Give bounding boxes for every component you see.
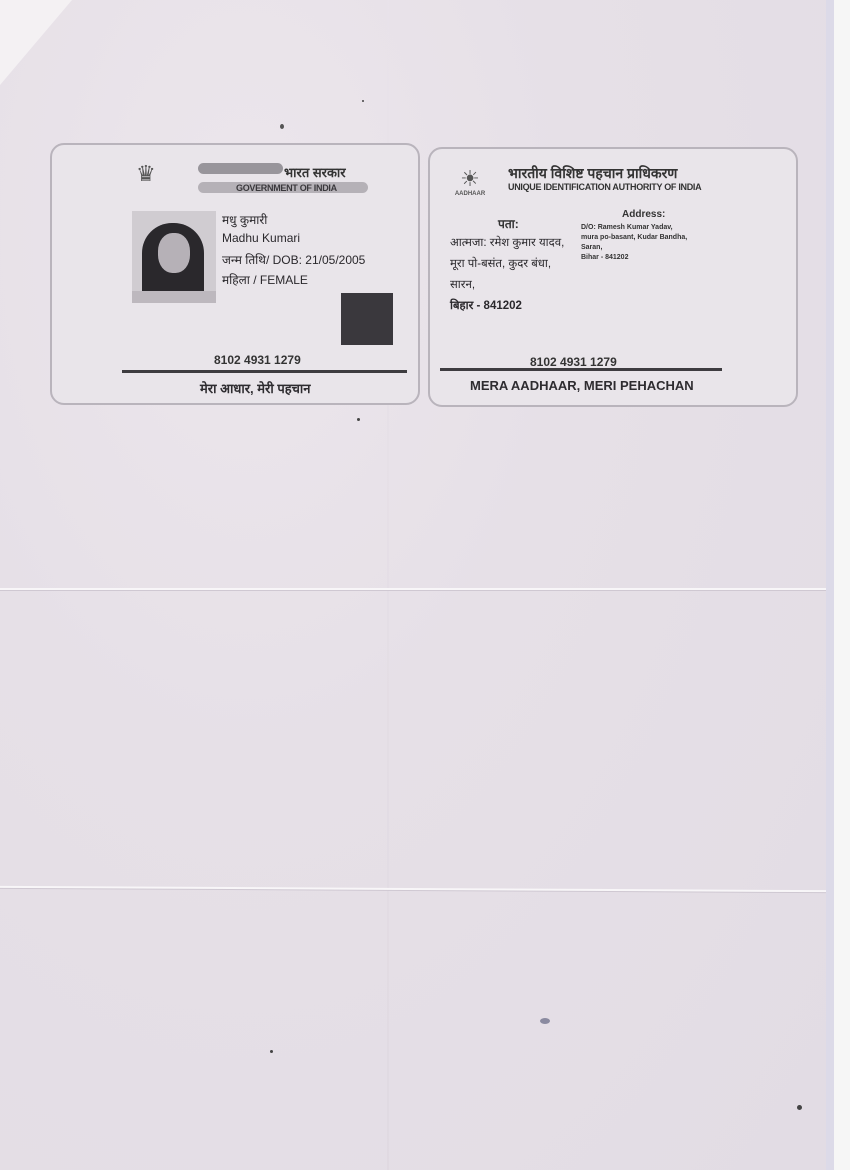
aadhaar-number: 8102 4931 1279	[214, 353, 301, 367]
address-english: D/O: Ramesh Kumar Yadav, mura po-basant,…	[581, 223, 687, 263]
name-english: Madhu Kumari	[222, 231, 300, 245]
page-edge	[826, 0, 834, 1170]
ink-speck	[280, 124, 284, 129]
tagline: MERA AADHAAR, MERI PEHACHAN	[470, 378, 694, 393]
aadhaar-card-back: ☀ AADHAAR भारतीय विशिष्ट पहचान प्राधिकरण…	[428, 147, 798, 407]
aadhaar-card-front: ♛ भारत सरकार GOVERNMENT OF INDIA मधु कुम…	[50, 143, 420, 405]
ink-speck	[270, 1050, 273, 1053]
header-hindi: भारत सरकार	[284, 163, 346, 181]
qr-code	[341, 293, 393, 345]
ink-speck	[540, 1018, 550, 1024]
name-hindi: मधु कुमारी	[222, 211, 267, 228]
header-english: UNIQUE IDENTIFICATION AUTHORITY OF INDIA	[508, 182, 701, 192]
address-hindi: आत्मजा: रमेश कुमार यादव, मूरा पो-बसंत, क…	[450, 233, 564, 317]
scanner-backdrop	[834, 0, 850, 1170]
header-english: GOVERNMENT OF INDIA	[236, 183, 337, 193]
holder-photo	[132, 211, 216, 303]
ink-speck	[357, 418, 360, 421]
dob: जन्म तिथि/ DOB: 21/05/2005	[222, 251, 365, 268]
divider-line	[122, 370, 407, 373]
divider-line	[440, 368, 722, 371]
horizontal-fold-crease	[0, 588, 826, 590]
tagline: मेरा आधार, मेरी पहचान	[200, 379, 310, 397]
address-label-hindi: पता:	[498, 215, 519, 232]
ink-speck	[797, 1105, 802, 1110]
address-label-english: Address:	[622, 209, 665, 220]
gender: महिला / FEMALE	[222, 271, 308, 288]
national-emblem-icon: ♛	[136, 157, 154, 191]
header-hindi: भारतीय विशिष्ट पहचान प्राधिकरण	[508, 164, 677, 183]
redaction-smudge	[198, 163, 283, 174]
ink-speck	[362, 100, 364, 102]
aadhaar-fingerprint-logo-icon: ☀ AADHAAR	[450, 167, 490, 201]
aadhaar-number: 8102 4931 1279	[530, 355, 617, 369]
